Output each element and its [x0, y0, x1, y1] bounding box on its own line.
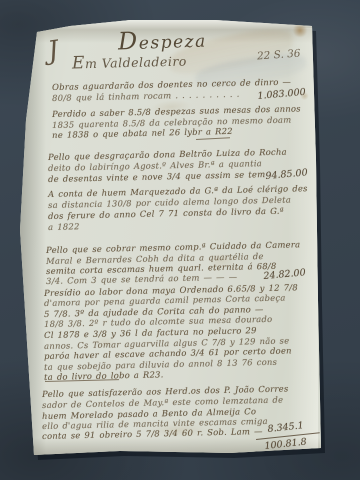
- manuscript-line: ta do livro do lobo a R23.: [44, 369, 164, 382]
- manuscript-line: a 1822: [48, 221, 80, 232]
- folio-number: 22 S. 36: [257, 47, 301, 62]
- ink-underline: [196, 137, 230, 140]
- amount-value: 24.82.00: [263, 267, 306, 282]
- section-heading: Em Valdeladeiro: [72, 51, 187, 74]
- opening-flourish: J: [46, 35, 61, 66]
- amount-value: 94.85.00: [265, 167, 308, 182]
- manuscript-page: Despeza J Em Valdeladeiro 22 S. 36 Obras…: [0, 0, 360, 480]
- photo-canvas: Despeza J Em Valdeladeiro 22 S. 36 Obras…: [0, 0, 360, 480]
- foxing-stain: [292, 24, 308, 37]
- amount-value: 1.083.000: [257, 87, 306, 102]
- subtotal-value: 8.345.1: [267, 420, 304, 435]
